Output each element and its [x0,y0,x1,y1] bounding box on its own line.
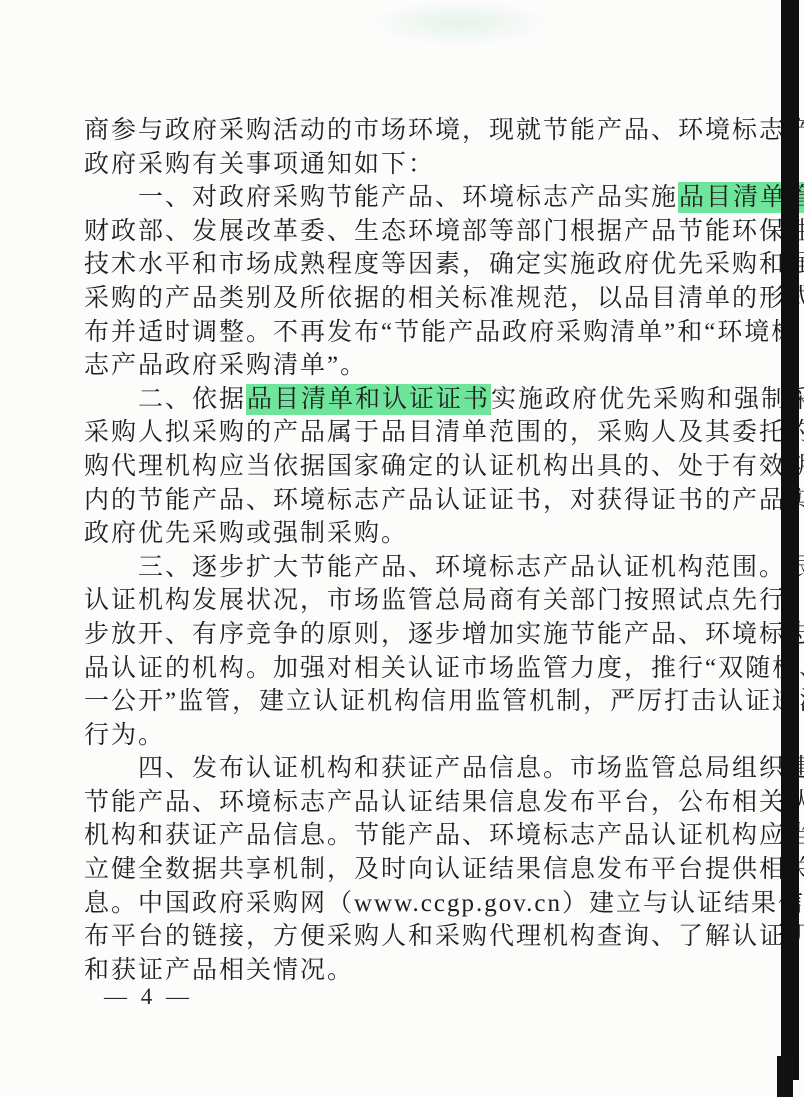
text-line: 财政部、发展改革委、生态环境部等部门根据产品节能环保性能、 [84,215,732,249]
text-line: 步放开、有序竞争的原则，逐步增加实施节能产品、环境标志产 [84,618,732,652]
text-segment: 四、发布认证机构和获证产品信息。市场监管总局组织建立 [138,755,804,782]
text-segment: 品认证的机构。加强对相关认证市场监管力度，推行“双随机、 [84,655,804,682]
text-line: 采购人拟采购的产品属于品目清单范围的，采购人及其委托的采 [84,416,732,450]
text-segment: 立健全数据共享机制，及时向认证结果信息发布平台提供相关信 [84,856,804,883]
text-line: 技术水平和市场成熟程度等因素，确定实施政府优先采购和强制 [84,248,732,282]
text-line: 行为。 [84,719,732,753]
text-line: 购代理机构应当依据国家确定的认证机构出具的、处于有效期之 [84,450,732,484]
text-segment: 财政部、发展改革委、生态环境部等部门根据产品节能环保性能、 [84,218,804,245]
text-line: 三、逐步扩大节能产品、环境标志产品认证机构范围。根据 [84,551,732,585]
text-segment: 志产品政府采购清单”。 [84,352,367,379]
text-segment: 一公开”监管，建立认证机构信用监管机制，严厉打击认证违法 [84,688,804,715]
document-body: 商参与政府采购活动的市场环境，现就节能产品、环境标志产品政府采购有关事项通知如下… [84,114,732,987]
scan-smudge [370,0,550,46]
text-line: 二、依据品目清单和认证证书实施政府优先采购和强制采购。 [84,383,732,417]
highlighted-text: 品目清单和认证证书 [246,384,491,415]
text-line: 内的节能产品、环境标志产品认证证书，对获得证书的产品实施 [84,484,732,518]
text-line: 一公开”监管，建立认证机构信用监管机制，严厉打击认证违法 [84,685,732,719]
text-segment: 布并适时调整。不再发布“节能产品政府采购清单”和“环境标 [84,319,798,346]
text-line: 品认证的机构。加强对相关认证市场监管力度，推行“双随机、 [84,652,732,686]
scan-artifact-band-foot [777,1056,793,1097]
text-segment: 商参与政府采购活动的市场环境，现就节能产品、环境标志产品 [84,117,804,144]
text-segment: 行为。 [84,722,165,749]
text-segment: 政府优先采购或强制采购。 [84,520,408,547]
text-line: 布并适时调整。不再发布“节能产品政府采购清单”和“环境标 [84,316,732,350]
text-line: 一、对政府采购节能产品、环境标志产品实施品目清单管理。 [84,181,732,215]
text-line: 采购的产品类别及所依据的相关标准规范，以品目清单的形式发 [84,282,732,316]
text-segment: 息。中国政府采购网（www.ccgp.gov.cn）建立与认证结果信息发 [84,890,804,917]
text-segment: 采购人拟采购的产品属于品目清单范围的，采购人及其委托的采 [84,419,804,446]
text-segment: 政府采购有关事项通知如下： [84,151,435,178]
text-line: 政府优先采购或强制采购。 [84,517,732,551]
text-segment: 和获证产品相关情况。 [84,957,354,984]
text-line: 和获证产品相关情况。 [84,954,732,988]
text-segment: 购代理机构应当依据国家确定的认证机构出具的、处于有效期之 [84,453,804,480]
text-segment: 认证机构发展状况，市场监管总局商有关部门按照试点先行、逐 [84,587,804,614]
text-segment: 节能产品、环境标志产品认证结果信息发布平台，公布相关认证 [84,789,804,816]
text-line: 商参与政府采购活动的市场环境，现就节能产品、环境标志产品 [84,114,732,148]
text-line: 四、发布认证机构和获证产品信息。市场监管总局组织建立 [84,752,732,786]
text-line: 机构和获证产品信息。节能产品、环境标志产品认证机构应当建 [84,819,732,853]
text-segment: 一、对政府采购节能产品、环境标志产品实施 [138,184,678,211]
text-line: 布平台的链接，方便采购人和采购代理机构查询、了解认证机构 [84,920,732,954]
text-line: 志产品政府采购清单”。 [84,349,732,383]
page-number: — 4 — [104,984,193,1010]
scan-artifact-band [781,0,799,1080]
text-segment: 布平台的链接，方便采购人和采购代理机构查询、了解认证机构 [84,923,804,950]
text-segment: 技术水平和市场成熟程度等因素，确定实施政府优先采购和强制 [84,251,804,278]
text-line: 政府采购有关事项通知如下： [84,148,732,182]
text-line: 息。中国政府采购网（www.ccgp.gov.cn）建立与认证结果信息发 [84,887,732,921]
text-line: 立健全数据共享机制，及时向认证结果信息发布平台提供相关信 [84,853,732,887]
text-line: 节能产品、环境标志产品认证结果信息发布平台，公布相关认证 [84,786,732,820]
text-segment: 二、依据 [138,386,246,413]
text-segment: 实施政府优先采购和强制采购。 [491,386,804,413]
text-segment: 三、逐步扩大节能产品、环境标志产品认证机构范围。根据 [138,554,804,581]
text-segment: 采购的产品类别及所依据的相关标准规范，以品目清单的形式发 [84,285,804,312]
text-line: 认证机构发展状况，市场监管总局商有关部门按照试点先行、逐 [84,584,732,618]
text-segment: 内的节能产品、环境标志产品认证证书，对获得证书的产品实施 [84,487,804,514]
text-segment: 步放开、有序竞争的原则，逐步增加实施节能产品、环境标志产 [84,621,804,648]
document-page: 商参与政府采购活动的市场环境，现就节能产品、环境标志产品政府采购有关事项通知如下… [0,0,804,1097]
text-segment: 机构和获证产品信息。节能产品、环境标志产品认证机构应当建 [84,822,804,849]
